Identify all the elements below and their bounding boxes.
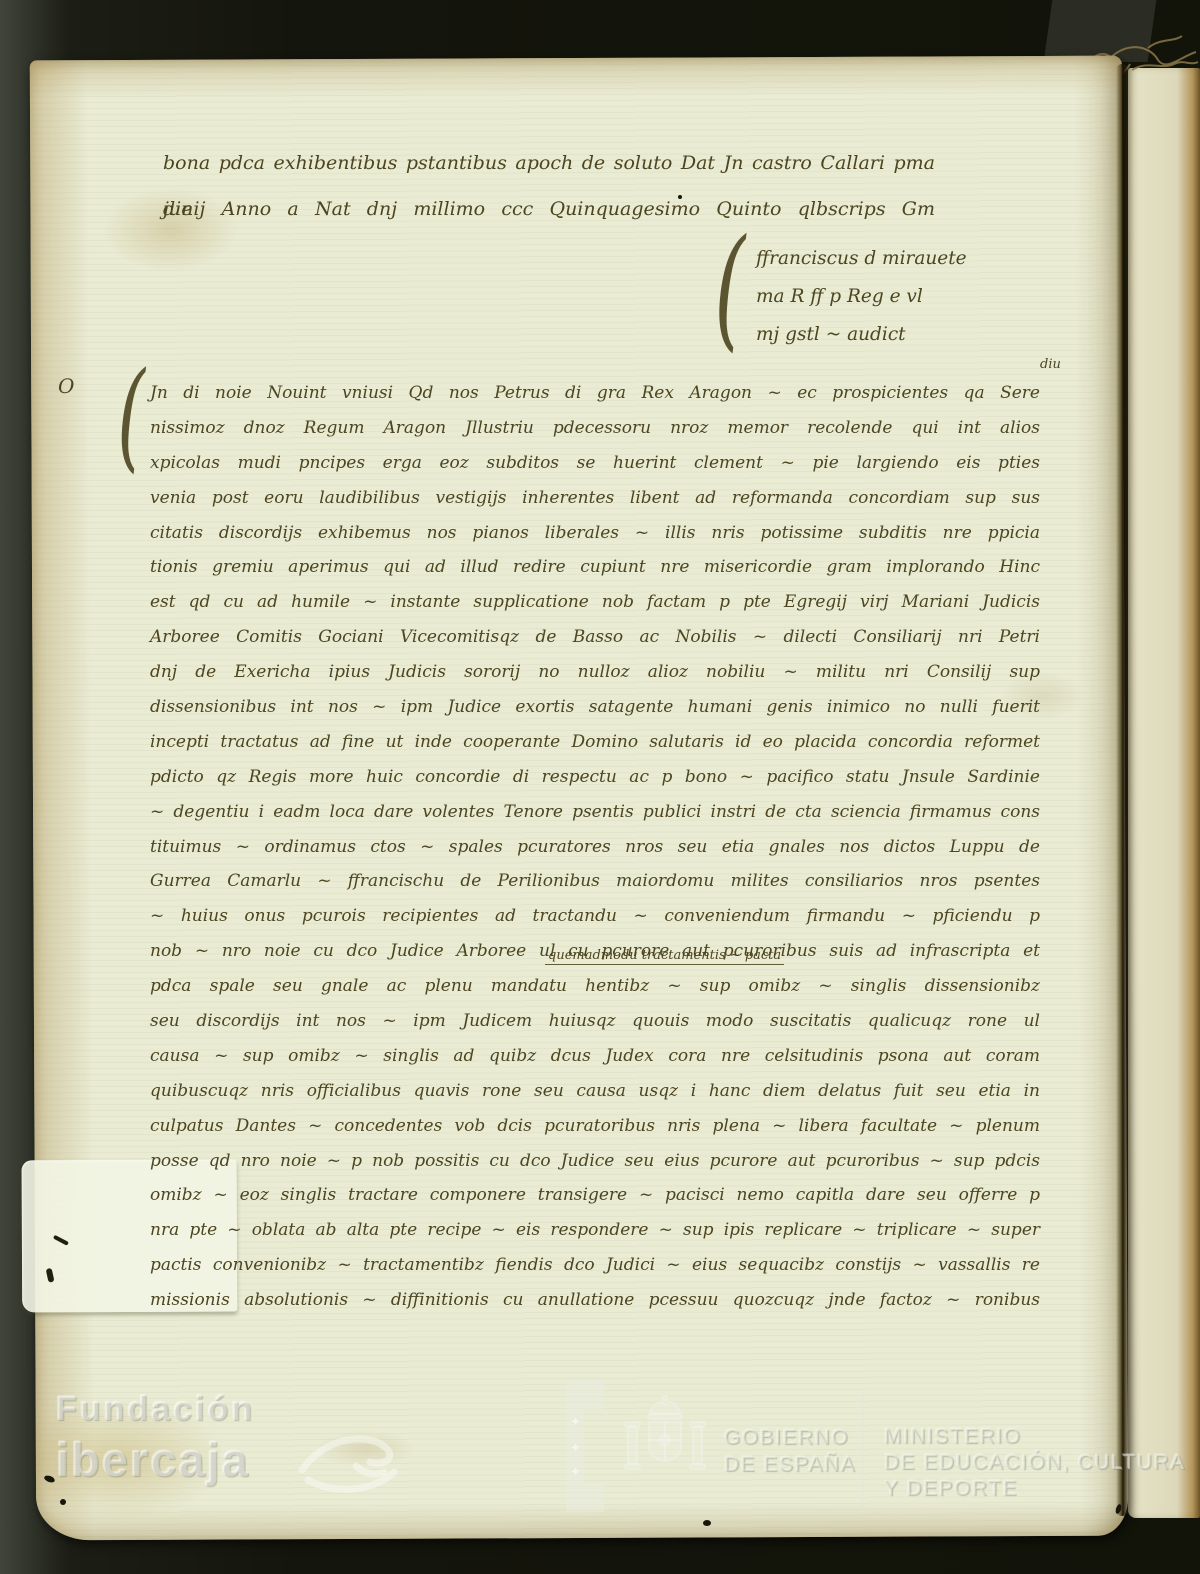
chancery-signature-block: ffranciscus d mirauetema R ff p Reg e vl…	[756, 240, 1046, 354]
manuscript-line: est qd cu ad humile ~ instante supplicat…	[150, 585, 1040, 620]
ink-speck	[60, 1499, 66, 1505]
ministerio-line1: MINISTERIO	[884, 1424, 1186, 1450]
star-icon: ✦	[570, 1414, 581, 1430]
manuscript-line: omibz ~ eoz singlis tractare componere t…	[150, 1178, 1040, 1213]
manuscript-line: citatis discordijs exhibemus nos pianos …	[150, 516, 1040, 551]
spain-coat-of-arms-icon	[612, 1392, 718, 1498]
signature-line: ma R ff p Reg e vl	[756, 278, 1046, 316]
manuscript-line: missionis absolutionis ~ diffinitionis c…	[150, 1283, 1040, 1318]
manuscript-line: ~ degentiu i eadm loca dare volentes Ten…	[150, 795, 1040, 830]
ministerio-watermark: MINISTERIO DE EDUCACIÓN, CULTURA Y DEPOR…	[884, 1424, 1186, 1502]
manuscript-line: dnj de Exericha ipius Judicis sororij no…	[150, 655, 1040, 690]
manuscript-line: tionis gremiu aperimus qui ad illud redi…	[150, 550, 1040, 585]
manuscript-line: causa ~ sup omibz ~ singlis ad quibz dcu…	[150, 1039, 1040, 1074]
manuscript-line: Jn di noie Nouint vniusi Qd nos Petrus d…	[150, 376, 1040, 411]
ink-speck	[678, 195, 682, 199]
opening-flourish: (	[117, 356, 145, 474]
signature-flourish: (	[714, 222, 745, 354]
gutter-crease	[1116, 64, 1128, 1516]
manuscript-line: quibuscuqz nris officialibus quavis rone…	[150, 1074, 1040, 1109]
manuscript-line: xpicolas mudi pncipes erga eoz subditos …	[150, 446, 1040, 481]
photograph-frame: bona pdca exhibentibus pstantibus apoch …	[0, 0, 1200, 1574]
main-text-block: Jn di noie Nouint vniusi Qd nos Petrus d…	[150, 376, 1040, 1318]
manuscript-line: Arboree Comitis Gociani Vicecomitisqz de…	[150, 620, 1040, 655]
manuscript-line: nissimoz dnoz Regum Aragon Jllustriu pde…	[150, 411, 1040, 446]
ibercaja-watermark-line2: ibercaja	[56, 1432, 255, 1487]
manuscript-line: culpatus Dantes ~ concedentes vob dcis p…	[150, 1109, 1040, 1144]
gobierno-line1: GOBIERNO	[724, 1424, 856, 1451]
marginal-mark: O	[58, 374, 74, 398]
gobierno-watermark: GOBIERNO DE ESPAÑA	[724, 1424, 856, 1478]
manuscript-line: pactis convenionibz ~ tractamentibz fien…	[150, 1248, 1040, 1283]
manuscript-line: pdca spale seu gnale ac plenu mandatu he…	[150, 969, 1040, 1004]
manuscript-line: pdicto qz Regis more huic concordie di r…	[150, 760, 1040, 795]
manuscript-line: ~ huius onus pcurois recipientes ad trac…	[150, 899, 1040, 934]
manuscript-line: tituimus ~ ordinamus ctos ~ spales pcura…	[150, 830, 1040, 865]
watermark-divider	[861, 1392, 864, 1514]
ibercaja-emblem-icon	[296, 1420, 400, 1504]
star-icon: ✦	[570, 1440, 581, 1456]
superscript-insertion: diu	[1040, 357, 1061, 372]
signature-line: ffranciscus d mirauete	[756, 240, 1046, 278]
ibercaja-watermark: Fundación ibercaja	[56, 1390, 255, 1487]
interlinear-insertion: quemadmodu tractamentis ~ pacta	[545, 948, 784, 965]
manuscript-line: dissensionibus int nos ~ ipm Judice exor…	[150, 690, 1040, 725]
star-icon: ✦	[570, 1464, 581, 1480]
manuscript-line: seu discordijs int nos ~ ipm Judicem hui…	[150, 1004, 1040, 1039]
ink-speck	[703, 1520, 711, 1526]
manuscript-line: bona pdca exhibentibus pstantibus apoch …	[163, 140, 935, 186]
manuscript-line: venia post eoru laudibilibus vestigijs i…	[150, 481, 1040, 516]
manuscript-line: Gurrea Camarlu ~ ffrancischu de Perilion…	[150, 864, 1040, 899]
ministerio-line2: DE EDUCACIÓN, CULTURA	[884, 1450, 1186, 1476]
ministerio-line3: Y DEPORTE	[884, 1476, 1186, 1502]
manuscript-line: nra pte ~ oblata ab alta pte recipe ~ ei…	[150, 1213, 1040, 1248]
facing-page-edge	[1128, 68, 1200, 1518]
manuscript-line: incepti tractatus ad fine ut inde cooper…	[150, 725, 1040, 760]
manuscript-line: junij Anno a Nat dnj millimo ccc Quinqua…	[163, 186, 935, 232]
ibercaja-watermark-line1: Fundación	[56, 1390, 255, 1429]
signature-line: mj gstl ~ audict	[756, 316, 1046, 354]
manuscript-line: posse qd nro noie ~ p nob possitis cu dc…	[150, 1144, 1040, 1179]
closing-formula-block: bona pdca exhibentibus pstantibus apoch …	[163, 140, 935, 232]
gobierno-line2: DE ESPAÑA	[724, 1451, 856, 1478]
